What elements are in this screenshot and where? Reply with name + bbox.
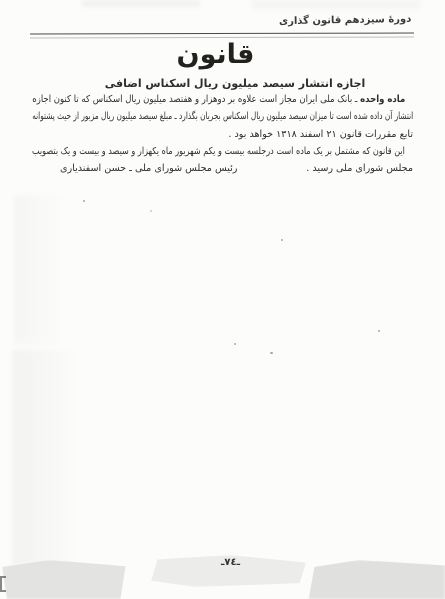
article-label: ماده واحده (360, 94, 405, 105)
closing-text: مجلس شورای ملی رسید . (306, 160, 413, 177)
scan-edge-mark (0, 576, 6, 592)
dust-speck (234, 343, 236, 345)
body-line-2: انتشار آن داده شده است تا میزان سیصد میل… (32, 108, 413, 125)
scan-shading-band (12, 350, 82, 565)
law-subtitle: اجازه انتشار سیصد میلیون ریال اسکناس اضا… (25, 77, 445, 90)
closing-line: مجلس شورای ملی رسید . رئیس مجلس شورای مل… (32, 160, 413, 177)
scanned-document-page: دورهٔ سیزدهم قانون گذاری قانون اجازه انت… (0, 0, 445, 599)
body-line-1: ماده واحده ـ بانک ملی ایران مجاز است علا… (32, 91, 413, 108)
dust-speck (83, 200, 85, 202)
dust-speck (281, 239, 283, 241)
dust-speck (270, 352, 273, 354)
header-rule (30, 32, 414, 38)
scan-shading-band (14, 195, 72, 345)
signature: رئیس مجلس شورای ملی ـ حسن اسفندیاری (60, 160, 237, 177)
legislative-period-header: دورهٔ سیزدهم قانون گذاری (279, 14, 411, 27)
body-line-1-text: ـ بانک ملی ایران مجاز است علاوه بر دوهزا… (32, 94, 360, 105)
body-line-3: تابع مقررات قانون ٢١ اسفند ١٣١٨ خواهد بو… (32, 126, 413, 143)
page-number: ـ٧٤ـ (0, 557, 445, 568)
dust-speck (150, 210, 152, 212)
law-title: قانون (0, 39, 431, 70)
scan-smudge (252, 0, 420, 9)
body-line-4: این قانون که مشتمل بر یک ماده است درجلسه… (32, 143, 413, 160)
dust-speck (378, 330, 380, 332)
law-body: ماده واحده ـ بانک ملی ایران مجاز است علا… (32, 91, 413, 177)
scan-smudge (82, 0, 200, 7)
